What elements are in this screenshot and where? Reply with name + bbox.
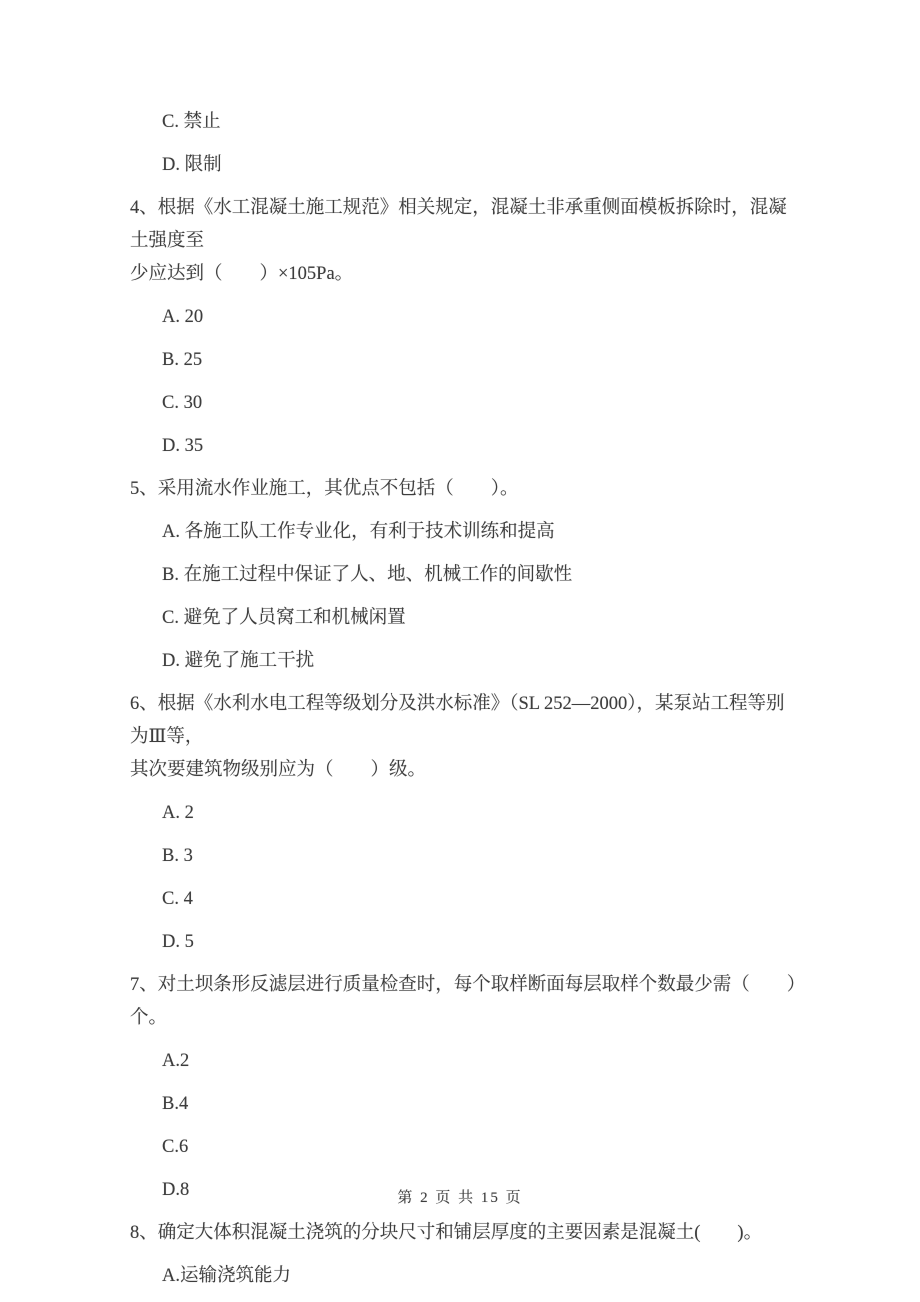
- question-stem: 4、根据《水工混凝土施工规范》相关规定，混凝土非承重侧面模板拆除时，混凝土强度至…: [130, 192, 800, 291]
- page-footer: 第 2 页 共 15 页: [0, 1186, 920, 1207]
- option-item: D. 35: [130, 430, 800, 463]
- question-list: C. 禁止D. 限制4、根据《水工混凝土施工规范》相关规定，混凝土非承重侧面模板…: [130, 106, 800, 1302]
- exam-document-page: C. 禁止D. 限制4、根据《水工混凝土施工规范》相关规定，混凝土非承重侧面模板…: [0, 0, 920, 1302]
- question-stem: 8、确定大体积混凝土浇筑的分块尺寸和铺层厚度的主要因素是混凝土( )。: [130, 1217, 800, 1250]
- option-item: B. 25: [130, 344, 800, 377]
- option-item: C. 4: [130, 883, 800, 916]
- option-item: C. 30: [130, 387, 800, 420]
- question-stem: 6、根据《水利水电工程等级划分及洪水标准》（SL 252—2000），某泵站工程…: [130, 688, 800, 787]
- option-item: A. 2: [130, 797, 800, 830]
- option-item: A. 各施工队工作专业化，有利于技术训练和提高: [130, 516, 800, 549]
- option-item: D. 限制: [130, 149, 800, 182]
- option-item: C.6: [130, 1131, 800, 1164]
- option-item: B.4: [130, 1088, 800, 1121]
- option-item: C. 禁止: [130, 106, 800, 139]
- option-item: C. 避免了人员窝工和机械闲置: [130, 602, 800, 635]
- option-item: A. 20: [130, 301, 800, 334]
- option-item: B. 在施工过程中保证了人、地、机械工作的间歇性: [130, 559, 800, 592]
- question-stem: 5、采用流水作业施工，其优点不包括（ ）。: [130, 473, 800, 506]
- page-number-text: 第 2 页 共 15 页: [397, 1190, 522, 1206]
- option-item: A.2: [130, 1045, 800, 1078]
- option-item: B. 3: [130, 840, 800, 873]
- option-item: D. 5: [130, 926, 800, 959]
- question-stem: 7、对土坝条形反滤层进行质量检查时，每个取样断面每层取样个数最少需（ ）个。: [130, 969, 800, 1035]
- option-item: D. 避免了施工干扰: [130, 645, 800, 678]
- option-item: A.运输浇筑能力: [130, 1260, 800, 1293]
